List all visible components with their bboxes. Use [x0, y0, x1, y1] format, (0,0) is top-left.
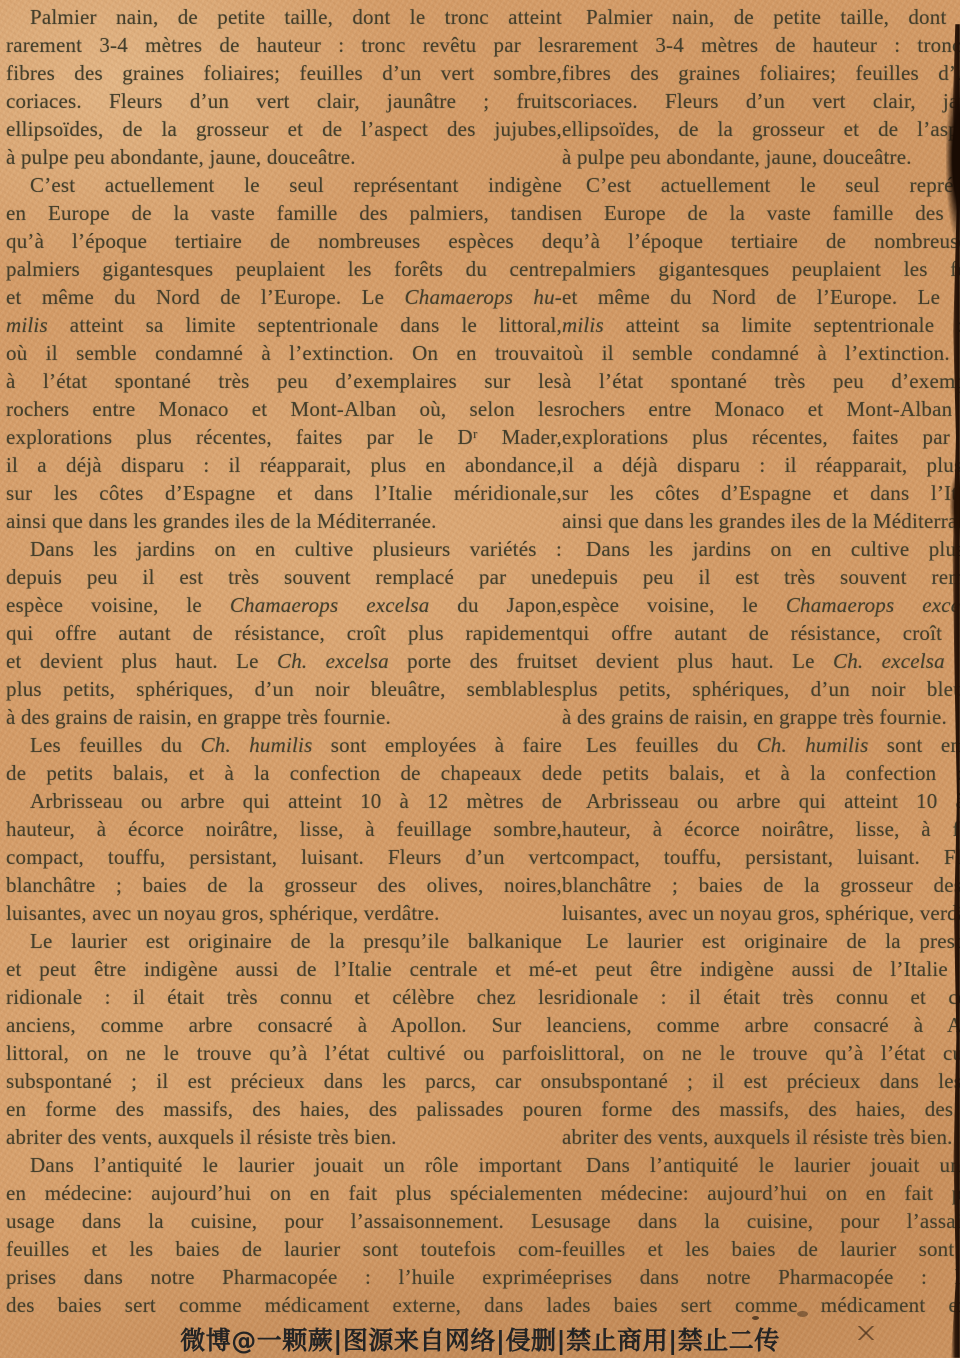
text-line: compact, touffu, persistant, luisant. Fl… [562, 843, 960, 871]
text-line: sur les côtes d’Espagne et dans l’Italie… [6, 479, 562, 507]
text-line: en médecine: aujourd’hui on en fait plus… [6, 1179, 562, 1207]
text-line: plus petits, sphériques, d’un noir bleuâ… [562, 675, 960, 703]
text-line: à l’état spontané très peu d’exemplaires… [6, 367, 562, 395]
text-line: en forme des massifs, des haies, des pal… [6, 1095, 562, 1123]
text-line: depuis peu il est très souvent remplacé … [562, 563, 960, 591]
text-line: prises dans notre Pharmacopée : l’huile … [6, 1263, 562, 1291]
text-line: et peut être indigène aussi de l’Italie … [562, 955, 960, 983]
text-line: milis atteint sa limite septentrionale d… [562, 311, 960, 339]
text-line: Palmier nain, de petite taille, dont le … [6, 3, 562, 31]
text-line: Dans l’antiquité le laurier jouait un rô… [6, 1151, 562, 1179]
text-line: Arbrisseau ou arbre qui atteint 10 à 12 … [562, 787, 960, 815]
text-line: à l’état spontané très peu d’exemplaires… [562, 367, 960, 395]
text-line: subspontané ; il est précieux dans les p… [6, 1067, 562, 1095]
text-line: C’est actuellement le seul représentant … [6, 171, 562, 199]
text-line: depuis peu il est très souvent remplacé … [6, 563, 562, 591]
text-line: et devient plus haut. Le Ch. excelsa por… [562, 647, 960, 675]
text-line: et même du Nord de l’Europe. Le Chamaero… [6, 283, 562, 311]
text-line: qui offre autant de résistance, croît pl… [562, 619, 960, 647]
text-line: qu’à l’époque tertiaire de nombreuses es… [6, 227, 562, 255]
text-line: hauteur, à écorce noirâtre, lisse, à feu… [6, 815, 562, 843]
text-line: blanchâtre ; baies de la grosseur des ol… [562, 871, 960, 899]
text-line: luisantes, avec un noyau gros, sphérique… [562, 899, 960, 927]
text-line: palmiers gigantesques peuplaient les for… [562, 255, 960, 283]
text-line: où il semble condamné à l’extinction. On… [6, 339, 562, 367]
text-line: à des grains de raisin, en grappe très f… [6, 703, 562, 731]
text-line: à pulpe peu abondante, jaune, douceâtre. [562, 143, 960, 171]
text-line: Dans les jardins on en cultive plusieurs… [6, 535, 562, 563]
text-line: fibres des graines foliaires; feuilles d… [6, 59, 562, 87]
text-line: il a déjà disparu : il réapparait, plus … [562, 451, 960, 479]
text-line: anciens, comme arbre consacré à Apollon.… [562, 1011, 960, 1039]
text-line: coriaces. Fleurs d’un vert clair, jaunât… [562, 87, 960, 115]
text-line: où il semble condamné à l’extinction. On… [562, 339, 960, 367]
text-line: usage dans la cuisine, pour l’assaisonne… [562, 1207, 960, 1235]
text-line: anciens, comme arbre consacré à Apollon.… [6, 1011, 562, 1039]
text-line: usage dans la cuisine, pour l’assaisonne… [6, 1207, 562, 1235]
text-line: ridionale : il était très connu et célèb… [6, 983, 562, 1011]
text-line: ellipsoïdes, de la grosseur et de l’aspe… [562, 115, 960, 143]
text-line: C’est actuellement le seul représentant … [562, 171, 960, 199]
text-line: en forme des massifs, des haies, des pal… [562, 1095, 960, 1123]
text-line: explorations plus récentes, faites par l… [562, 423, 960, 451]
text-line: Palmier nain, de petite taille, dont le … [562, 3, 960, 31]
text-line: à des grains de raisin, en grappe très f… [562, 703, 960, 731]
text-line: en médecine: aujourd’hui on en fait plus… [562, 1179, 960, 1207]
text-line: plus petits, sphériques, d’un noir bleuâ… [6, 675, 562, 703]
text-line: des baies sert comme médicament externe,… [562, 1291, 960, 1319]
text-line: Les feuilles du Ch. humilis sont employé… [562, 731, 960, 759]
text-line: espèce voisine, le Chamaerops excelsa du… [562, 591, 960, 619]
text-line: littoral, on ne le trouve qu’à l’état cu… [562, 1039, 960, 1067]
text-column-right: Palmier nain, de petite taille, dont le … [562, 3, 960, 1333]
text-line: compact, touffu, persistant, luisant. Fl… [6, 843, 562, 871]
text-line: Les feuilles du Ch. humilis sont employé… [6, 731, 562, 759]
text-line: sur les côtes d’Espagne et dans l’Italie… [562, 479, 960, 507]
scan-edge-blob [946, 76, 960, 241]
text-line: rarement 3-4 mètres de hauteur : tronc r… [562, 31, 960, 59]
watermark: 微博@一颗蕨|图源来自网络|侵删|禁止商用|禁止二传 [0, 1321, 960, 1357]
text-line: ellipsoïdes, de la grosseur et de l’aspe… [6, 115, 562, 143]
ink-speck [797, 1311, 808, 1317]
page-scan: Palmier nain, de petite taille, dont le … [0, 0, 960, 1358]
text-line: en Europe de la vaste famille des palmie… [6, 199, 562, 227]
text-line: littoral, on ne le trouve qu’à l’état cu… [6, 1039, 562, 1067]
text-line: prises dans notre Pharmacopée : l’huile … [562, 1263, 960, 1291]
text-line: Dans les jardins on en cultive plusieurs… [562, 535, 960, 563]
text-line: il a déjà disparu : il réapparait, plus … [6, 451, 562, 479]
text-line: Arbrisseau ou arbre qui atteint 10 à 12 … [6, 787, 562, 815]
text-line: abriter des vents, auxquels il résiste t… [6, 1123, 562, 1151]
text-line: palmiers gigantesques peuplaient les for… [6, 255, 562, 283]
text-line: rochers entre Monaco et Mont-Alban où, s… [6, 395, 562, 423]
text-line: subspontané ; il est précieux dans les p… [562, 1067, 960, 1095]
text-line: blanchâtre ; baies de la grosseur des ol… [6, 871, 562, 899]
text-line: à pulpe peu abondante, jaune, douceâtre. [6, 143, 562, 171]
text-line: luisantes, avec un noyau gros, sphérique… [6, 899, 562, 927]
text-line: abriter des vents, auxquels il résiste t… [562, 1123, 960, 1151]
text-line: feuilles et les baies de laurier sont to… [6, 1235, 562, 1263]
text-line: feuilles et les baies de laurier sont to… [562, 1235, 960, 1263]
text-line: de petits balais, et à la confection de … [6, 759, 562, 787]
text-line: Le laurier est originaire de la presqu’i… [562, 927, 960, 955]
text-line: ainsi que dans les grandes iles de la Mé… [562, 507, 960, 535]
text-column-left: Palmier nain, de petite taille, dont le … [6, 3, 562, 1333]
text-line: fibres des graines foliaires; feuilles d… [562, 59, 960, 87]
text-line: ridionale : il était très connu et célèb… [562, 983, 960, 1011]
text-line: Le laurier est originaire de la presqu’i… [6, 927, 562, 955]
text-line: de petits balais, et à la confection de … [562, 759, 960, 787]
text-line: et devient plus haut. Le Ch. excelsa por… [6, 647, 562, 675]
text-line: espèce voisine, le Chamaerops excelsa du… [6, 591, 562, 619]
scan-edge-blob [950, 470, 960, 540]
text-line: qui offre autant de résistance, croît pl… [6, 619, 562, 647]
text-line: Dans l’antiquité le laurier jouait un rô… [562, 1151, 960, 1179]
text-line: hauteur, à écorce noirâtre, lisse, à feu… [562, 815, 960, 843]
ink-speck [752, 1316, 759, 1320]
text-line: milis atteint sa limite septentrionale d… [6, 311, 562, 339]
text-line: coriaces. Fleurs d’un vert clair, jaunât… [6, 87, 562, 115]
text-line: rochers entre Monaco et Mont-Alban où, s… [562, 395, 960, 423]
text-line: en Europe de la vaste famille des palmie… [562, 199, 960, 227]
text-line: explorations plus récentes, faites par l… [6, 423, 562, 451]
text-line: qu’à l’époque tertiaire de nombreuses es… [562, 227, 960, 255]
text-line: ainsi que dans les grandes iles de la Mé… [6, 507, 562, 535]
text-line: et peut être indigène aussi de l’Italie … [6, 955, 562, 983]
text-line: rarement 3-4 mètres de hauteur : tronc r… [6, 31, 562, 59]
text-line: des baies sert comme médicament externe,… [6, 1291, 562, 1319]
text-line: et même du Nord de l’Europe. Le Chamaero… [562, 283, 960, 311]
